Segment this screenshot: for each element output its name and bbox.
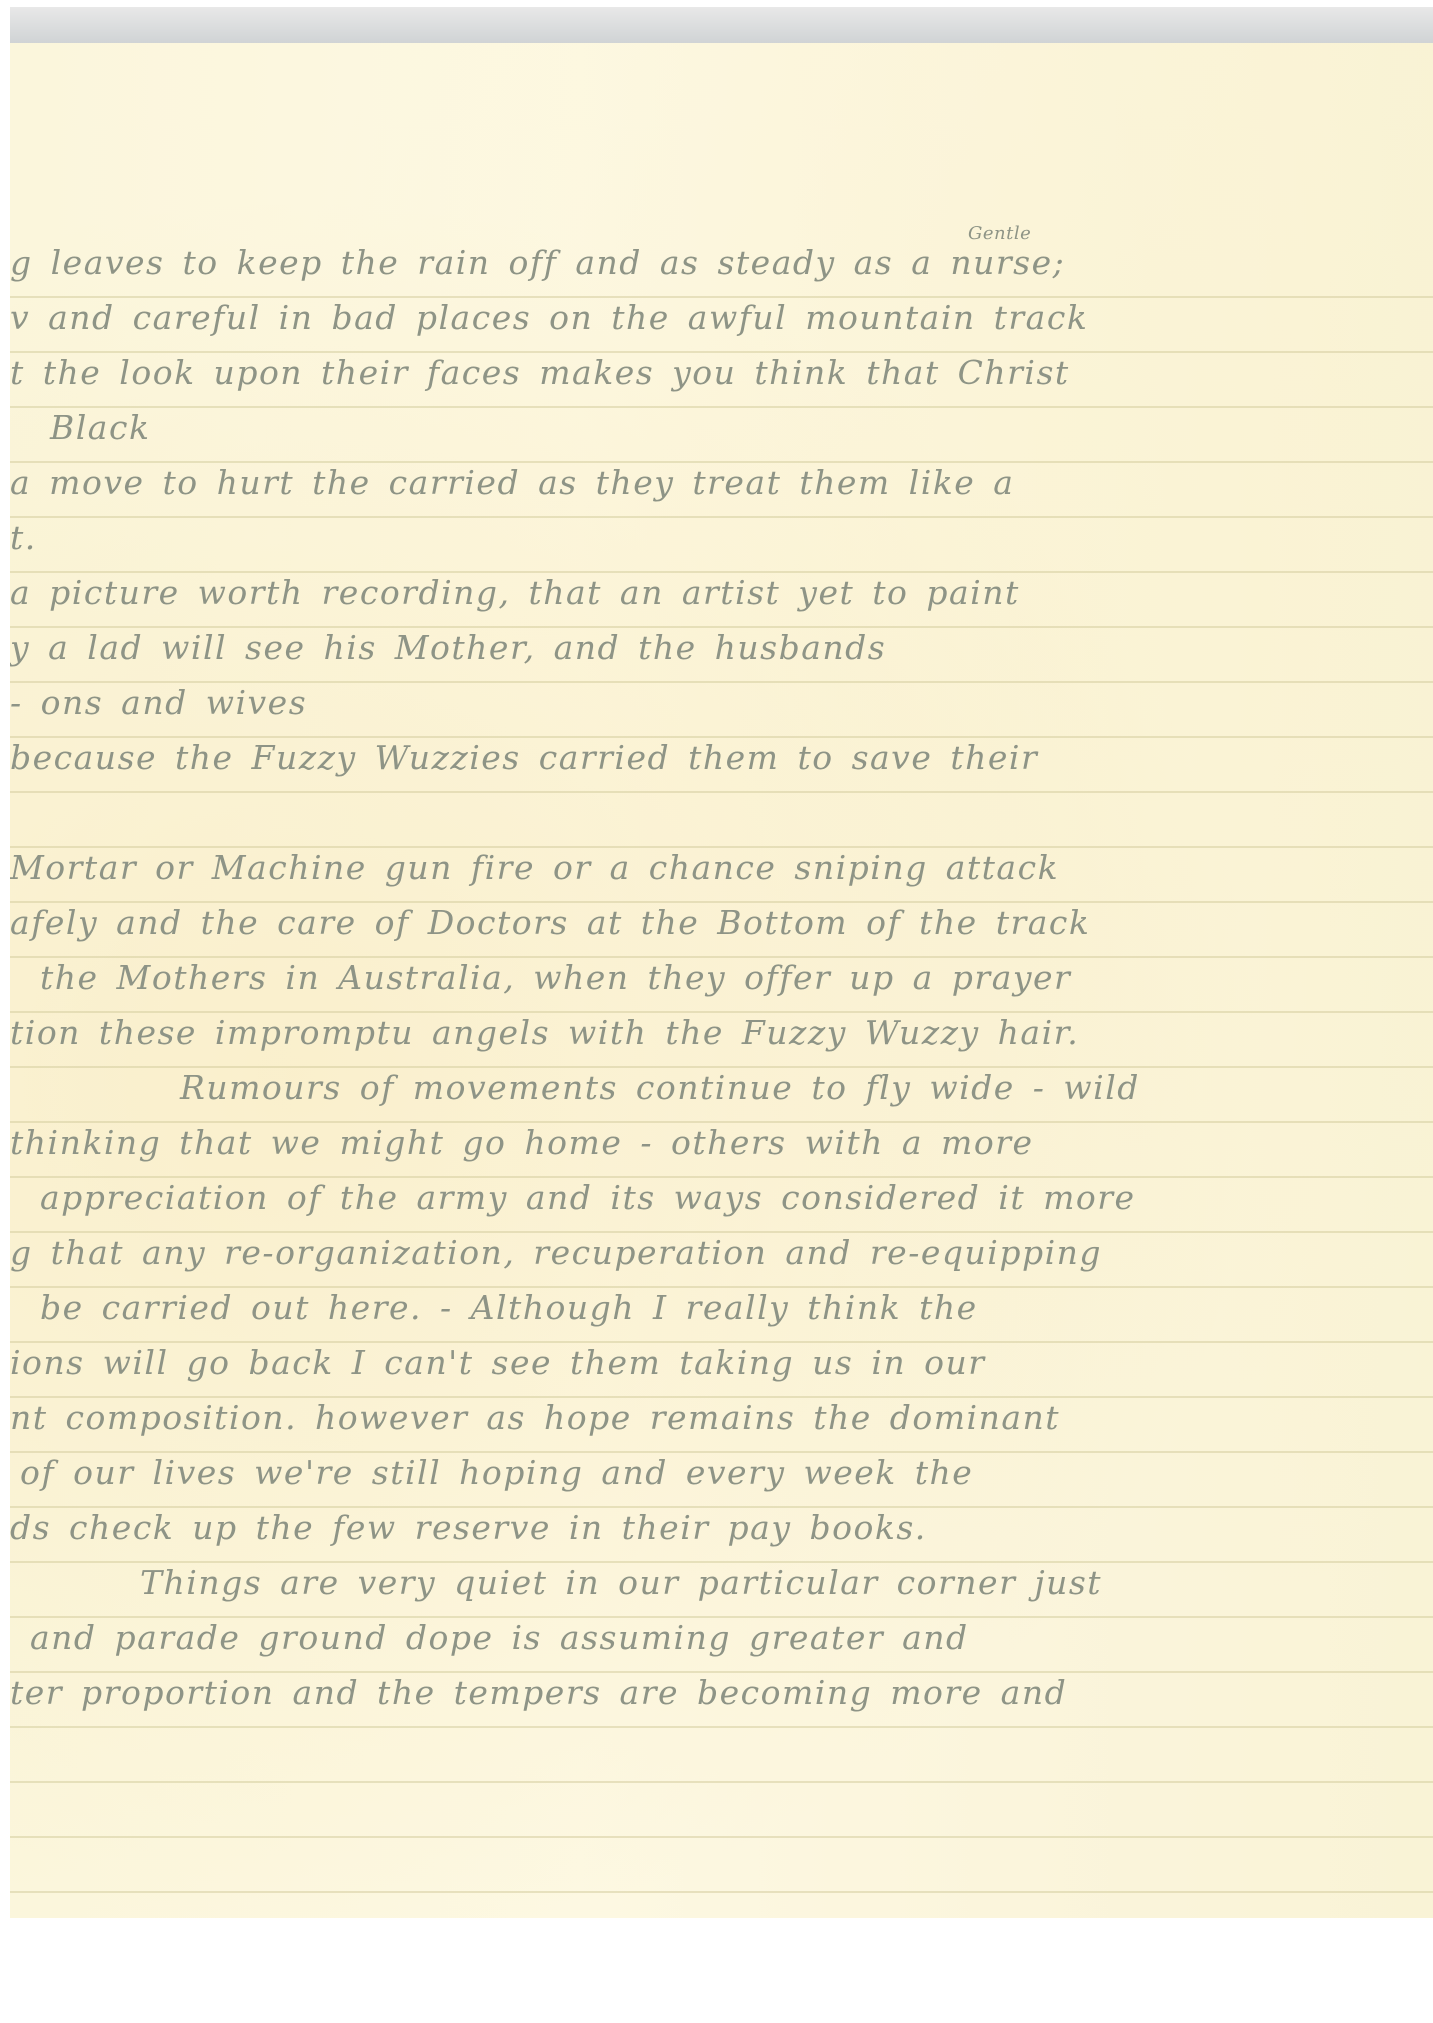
handwritten-line: g that any re-organization, recuperation… (10, 1233, 1102, 1272)
handwritten-line: t the look upon their faces makes you th… (10, 353, 1070, 392)
handwritten-line: y a lad will see his Mother, and the hus… (10, 628, 886, 667)
handwritten-line: Black (50, 408, 150, 447)
ruled-line (10, 1781, 1433, 1783)
handwritten-line: the Mothers in Australia, when they offe… (40, 958, 1071, 997)
handwritten-line: ter proportion and the tempers are becom… (10, 1673, 1067, 1712)
handwritten-line: thinking that we might go home - others … (10, 1123, 1034, 1162)
handwritten-insertion: Gentle (968, 223, 1031, 244)
handwritten-line: - ons and wives (10, 683, 307, 722)
ruled-line (10, 1891, 1433, 1893)
handwritten-line: appreciation of the army and its ways co… (40, 1178, 1136, 1217)
ruled-line (10, 516, 1433, 518)
handwritten-line: a move to hurt the carried as they treat… (10, 463, 1014, 502)
handwritten-line: afely and the care of Doctors at the Bot… (10, 903, 1090, 942)
letter-page: Gentle g leaves to keep the rain off and… (10, 43, 1433, 1918)
ruled-line (10, 1836, 1433, 1838)
handwritten-line: a picture worth recording, that an artis… (10, 573, 1020, 612)
handwritten-line: be carried out here. - Although I really… (40, 1288, 978, 1327)
handwritten-line: of our lives we're still hoping and ever… (20, 1453, 973, 1492)
ruled-line (10, 1726, 1433, 1728)
ruled-line (10, 791, 1433, 793)
handwritten-line: ds check up the few reserve in their pay… (10, 1508, 927, 1547)
handwritten-line: tion these impromptu angels with the Fuz… (10, 1013, 1079, 1052)
ruled-line (10, 406, 1433, 408)
handwritten-line: ions will go back I can't see them takin… (10, 1343, 986, 1382)
handwritten-line: Rumours of movements continue to fly wid… (180, 1068, 1140, 1107)
handwritten-line: and parade ground dope is assuming great… (30, 1618, 969, 1657)
handwritten-line: t. (10, 518, 37, 557)
scan-margin (0, 1918, 1433, 2023)
scanner-bed-edge (10, 7, 1433, 45)
handwritten-line: Mortar or Machine gun fire or a chance s… (10, 848, 1059, 887)
handwritten-line: Things are very quiet in our particular … (140, 1563, 1102, 1602)
handwritten-line: because the Fuzzy Wuzzies carried them t… (10, 738, 1038, 777)
handwritten-line: v and careful in bad places on the awful… (10, 298, 1088, 337)
handwritten-line: nt composition. however as hope remains … (10, 1398, 1060, 1437)
handwritten-line: g leaves to keep the rain off and as ste… (10, 243, 1065, 282)
